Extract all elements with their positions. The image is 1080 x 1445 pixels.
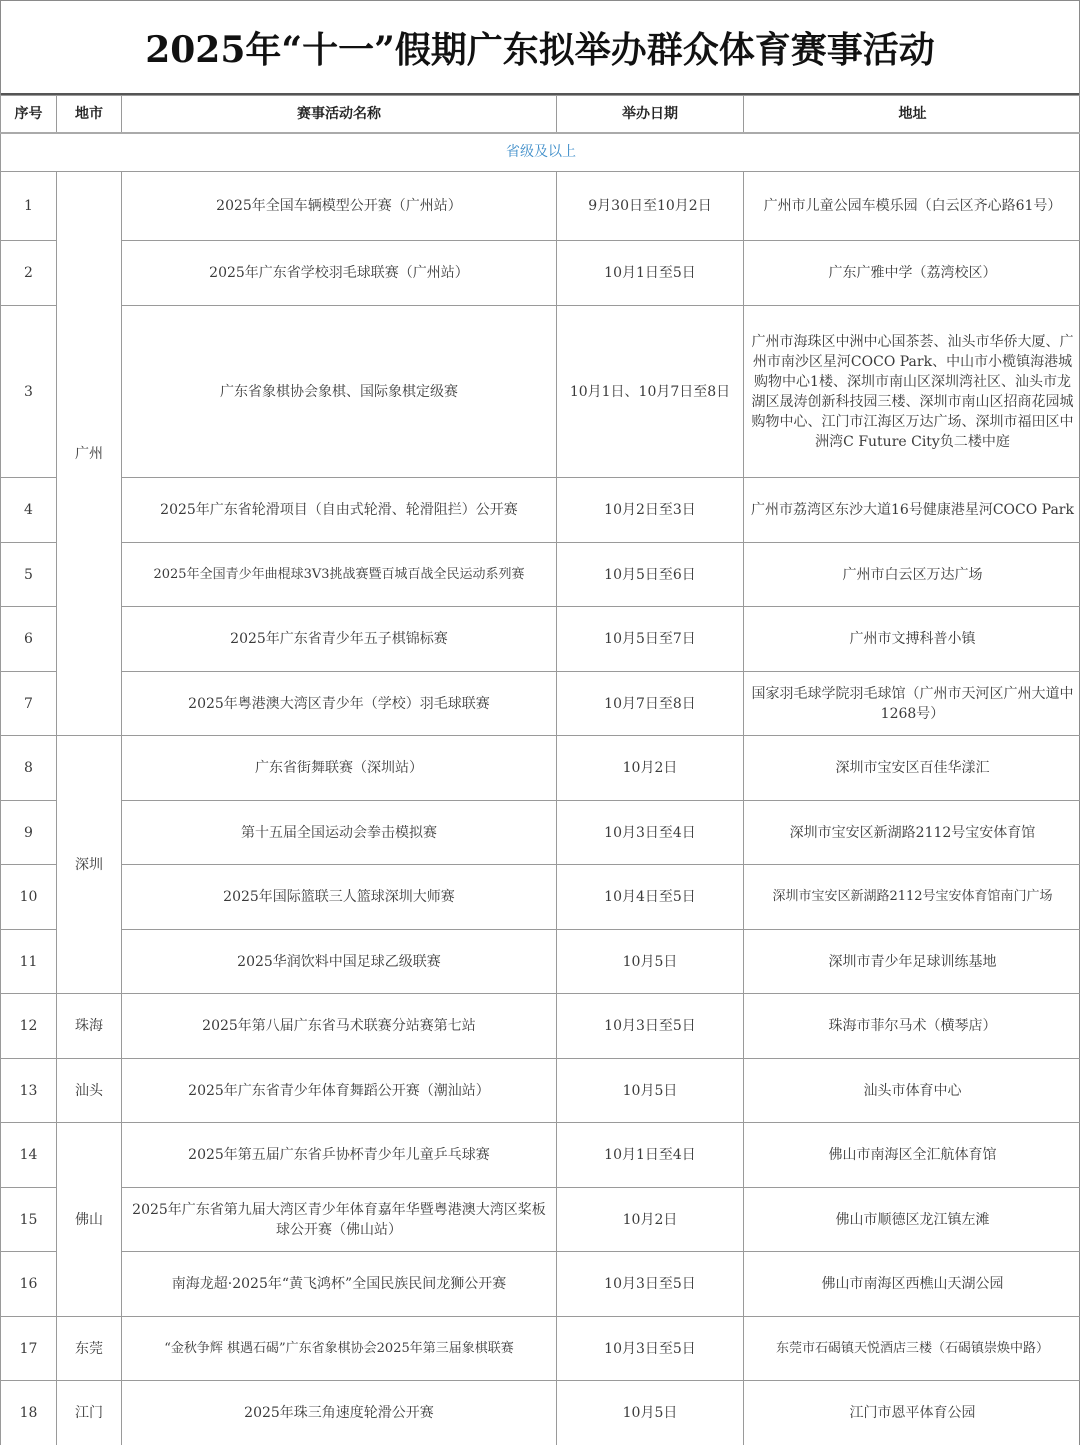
row-name: 2025华润饮料中国足球乙级联赛 bbox=[122, 930, 557, 994]
row-index: 1 bbox=[1, 172, 57, 241]
row-index: 6 bbox=[1, 607, 57, 672]
row-name: 2025年第五届广东省乒协杯青少年儿童乒乓球赛 bbox=[122, 1123, 557, 1188]
row-index: 16 bbox=[1, 1252, 57, 1317]
table-row: 6 2025年广东省青少年五子棋锦标赛 10月5日至7日 广州市文搏科普小镇 bbox=[1, 607, 1080, 672]
row-address: 广州市白云区万达广场 bbox=[744, 543, 1080, 607]
row-address: 广州市文搏科普小镇 bbox=[744, 607, 1080, 672]
row-date: 10月5日至7日 bbox=[557, 607, 744, 672]
row-address: 广州市海珠区中洲中心国茶荟、汕头市华侨大厦、广州市南沙区星河COCO Park、… bbox=[744, 306, 1080, 478]
table-row: 13 汕头 2025年广东省青少年体育舞蹈公开赛（潮汕站） 10月5日 汕头市体… bbox=[1, 1059, 1080, 1123]
document-title: 2025年“十一”假期广东拟举办群众体育赛事活动 bbox=[145, 22, 935, 73]
row-date: 10月2日至3日 bbox=[557, 478, 744, 543]
row-date: 10月3日至4日 bbox=[557, 801, 744, 865]
row-address: 深圳市宝安区新湖路2112号宝安体育馆南门广场 bbox=[744, 865, 1080, 930]
header-address: 地址 bbox=[744, 96, 1080, 133]
events-table: 序号 地市 赛事活动名称 举办日期 地址 省级及以上 1 广州 2025年全国车… bbox=[0, 95, 1080, 1445]
table-row: 12 珠海 2025年第八届广东省马术联赛分站赛第七站 10月3日至5日 珠海市… bbox=[1, 994, 1080, 1059]
row-name: 2025年全国车辆模型公开赛（广州站） bbox=[122, 172, 557, 241]
row-city-guangzhou: 广州 bbox=[57, 172, 122, 736]
row-name: 2025年粤港澳大湾区青少年（学校）羽毛球联赛 bbox=[122, 672, 557, 736]
row-address: 珠海市菲尔马术（横琴店） bbox=[744, 994, 1080, 1059]
row-address: 国家羽毛球学院羽毛球馆（广州市天河区广州大道中1268号） bbox=[744, 672, 1080, 736]
row-date: 10月1日至4日 bbox=[557, 1123, 744, 1188]
row-date: 10月4日至5日 bbox=[557, 865, 744, 930]
row-city-zhuhai: 珠海 bbox=[57, 994, 122, 1059]
table-header-row: 序号 地市 赛事活动名称 举办日期 地址 bbox=[1, 96, 1080, 133]
row-date: 10月2日 bbox=[557, 1188, 744, 1252]
row-address: 广东广雅中学（荔湾校区） bbox=[744, 241, 1080, 306]
row-address: 江门市恩平体育公园 bbox=[744, 1381, 1080, 1445]
section-row: 省级及以上 bbox=[1, 133, 1080, 172]
row-date: 10月3日至5日 bbox=[557, 1317, 744, 1381]
row-city-foshan: 佛山 bbox=[57, 1123, 122, 1317]
table-row: 9 第十五届全国运动会拳击模拟赛 10月3日至4日 深圳市宝安区新湖路2112号… bbox=[1, 801, 1080, 865]
row-index: 11 bbox=[1, 930, 57, 994]
row-name: 2025年广东省青少年五子棋锦标赛 bbox=[122, 607, 557, 672]
row-index: 14 bbox=[1, 1123, 57, 1188]
row-index: 2 bbox=[1, 241, 57, 306]
header-name: 赛事活动名称 bbox=[122, 96, 557, 133]
table-row: 14 佛山 2025年第五届广东省乒协杯青少年儿童乒乓球赛 10月1日至4日 佛… bbox=[1, 1123, 1080, 1188]
row-date: 10月2日 bbox=[557, 736, 744, 801]
table-row: 2 2025年广东省学校羽毛球联赛（广州站） 10月1日至5日 广东广雅中学（荔… bbox=[1, 241, 1080, 306]
table-row: 17 东莞 “金秋争辉 棋遇石碣”广东省象棋协会2025年第三届象棋联赛 10月… bbox=[1, 1317, 1080, 1381]
row-index: 12 bbox=[1, 994, 57, 1059]
row-name: 第十五届全国运动会拳击模拟赛 bbox=[122, 801, 557, 865]
row-index: 18 bbox=[1, 1381, 57, 1445]
row-name: 2025年珠三角速度轮滑公开赛 bbox=[122, 1381, 557, 1445]
row-city-shantou: 汕头 bbox=[57, 1059, 122, 1123]
row-address: 广州市荔湾区东沙大道16号健康港星河COCO Park bbox=[744, 478, 1080, 543]
row-city-shenzhen: 深圳 bbox=[57, 736, 122, 994]
row-date: 10月1日至5日 bbox=[557, 241, 744, 306]
header-city: 地市 bbox=[57, 96, 122, 133]
table-row: 7 2025年粤港澳大湾区青少年（学校）羽毛球联赛 10月7日至8日 国家羽毛球… bbox=[1, 672, 1080, 736]
row-name: 广东省街舞联赛（深圳站） bbox=[122, 736, 557, 801]
row-address: 广州市儿童公园车模乐园（白云区齐心路61号） bbox=[744, 172, 1080, 241]
row-city-dongguan: 东莞 bbox=[57, 1317, 122, 1381]
table-row: 3 广东省象棋协会象棋、国际象棋定级赛 10月1日、10月7日至8日 广州市海珠… bbox=[1, 306, 1080, 478]
row-index: 13 bbox=[1, 1059, 57, 1123]
table-row: 4 2025年广东省轮滑项目（自由式轮滑、轮滑阻拦）公开赛 10月2日至3日 广… bbox=[1, 478, 1080, 543]
row-index: 3 bbox=[1, 306, 57, 478]
table-row: 16 南海龙超·2025年“黄飞鸿杯”全国民族民间龙狮公开赛 10月3日至5日 … bbox=[1, 1252, 1080, 1317]
row-date: 9月30日至10月2日 bbox=[557, 172, 744, 241]
row-address: 佛山市顺德区龙江镇左滩 bbox=[744, 1188, 1080, 1252]
row-address: 佛山市南海区西樵山天湖公园 bbox=[744, 1252, 1080, 1317]
header-date: 举办日期 bbox=[557, 96, 744, 133]
row-index: 5 bbox=[1, 543, 57, 607]
table-row: 15 2025年广东省第九届大湾区青少年体育嘉年华暨粤港澳大湾区桨板球公开赛（佛… bbox=[1, 1188, 1080, 1252]
row-name: 2025年全国青少年曲棍球3V3挑战赛暨百城百战全民运动系列赛 bbox=[122, 543, 557, 607]
row-index: 8 bbox=[1, 736, 57, 801]
row-index: 17 bbox=[1, 1317, 57, 1381]
document-page: 2025年“十一”假期广东拟举办群众体育赛事活动 序号 地市 赛事活动名称 举办… bbox=[0, 0, 1080, 1445]
row-index: 7 bbox=[1, 672, 57, 736]
row-address: 东莞市石碣镇天悦酒店三楼（石碣镇崇焕中路） bbox=[744, 1317, 1080, 1381]
row-index: 10 bbox=[1, 865, 57, 930]
row-date: 10月5日 bbox=[557, 930, 744, 994]
row-date: 10月5日 bbox=[557, 1381, 744, 1445]
row-name: 2025年广东省第九届大湾区青少年体育嘉年华暨粤港澳大湾区桨板球公开赛（佛山站） bbox=[122, 1188, 557, 1252]
row-address: 佛山市南海区全汇航体育馆 bbox=[744, 1123, 1080, 1188]
section-label: 省级及以上 bbox=[1, 133, 1080, 172]
row-name: 2025年第八届广东省马术联赛分站赛第七站 bbox=[122, 994, 557, 1059]
row-date: 10月3日至5日 bbox=[557, 1252, 744, 1317]
row-name: 2025年广东省轮滑项目（自由式轮滑、轮滑阻拦）公开赛 bbox=[122, 478, 557, 543]
table-row: 11 2025华润饮料中国足球乙级联赛 10月5日 深圳市青少年足球训练基地 bbox=[1, 930, 1080, 994]
row-address: 汕头市体育中心 bbox=[744, 1059, 1080, 1123]
row-address: 深圳市宝安区新湖路2112号宝安体育馆 bbox=[744, 801, 1080, 865]
row-name: 2025年广东省青少年体育舞蹈公开赛（潮汕站） bbox=[122, 1059, 557, 1123]
row-name: 2025年国际篮联三人篮球深圳大师赛 bbox=[122, 865, 557, 930]
table-row: 18 江门 2025年珠三角速度轮滑公开赛 10月5日 江门市恩平体育公园 bbox=[1, 1381, 1080, 1445]
row-date: 10月3日至5日 bbox=[557, 994, 744, 1059]
row-date: 10月7日至8日 bbox=[557, 672, 744, 736]
row-name: 广东省象棋协会象棋、国际象棋定级赛 bbox=[122, 306, 557, 478]
row-date: 10月5日至6日 bbox=[557, 543, 744, 607]
row-index: 4 bbox=[1, 478, 57, 543]
row-address: 深圳市青少年足球训练基地 bbox=[744, 930, 1080, 994]
row-address: 深圳市宝安区百佳华漾汇 bbox=[744, 736, 1080, 801]
row-index: 9 bbox=[1, 801, 57, 865]
row-name: 2025年广东省学校羽毛球联赛（广州站） bbox=[122, 241, 557, 306]
title-banner: 2025年“十一”假期广东拟举办群众体育赛事活动 bbox=[1, 0, 1079, 95]
table-row: 1 广州 2025年全国车辆模型公开赛（广州站） 9月30日至10月2日 广州市… bbox=[1, 172, 1080, 241]
row-name: “金秋争辉 棋遇石碣”广东省象棋协会2025年第三届象棋联赛 bbox=[122, 1317, 557, 1381]
table-row: 5 2025年全国青少年曲棍球3V3挑战赛暨百城百战全民运动系列赛 10月5日至… bbox=[1, 543, 1080, 607]
row-name: 南海龙超·2025年“黄飞鸿杯”全国民族民间龙狮公开赛 bbox=[122, 1252, 557, 1317]
table-row: 8 深圳 广东省街舞联赛（深圳站） 10月2日 深圳市宝安区百佳华漾汇 bbox=[1, 736, 1080, 801]
row-city-jiangmen: 江门 bbox=[57, 1381, 122, 1445]
table-row: 10 2025年国际篮联三人篮球深圳大师赛 10月4日至5日 深圳市宝安区新湖路… bbox=[1, 865, 1080, 930]
row-date: 10月1日、10月7日至8日 bbox=[557, 306, 744, 478]
row-date: 10月5日 bbox=[557, 1059, 744, 1123]
header-index: 序号 bbox=[1, 96, 57, 133]
row-index: 15 bbox=[1, 1188, 57, 1252]
